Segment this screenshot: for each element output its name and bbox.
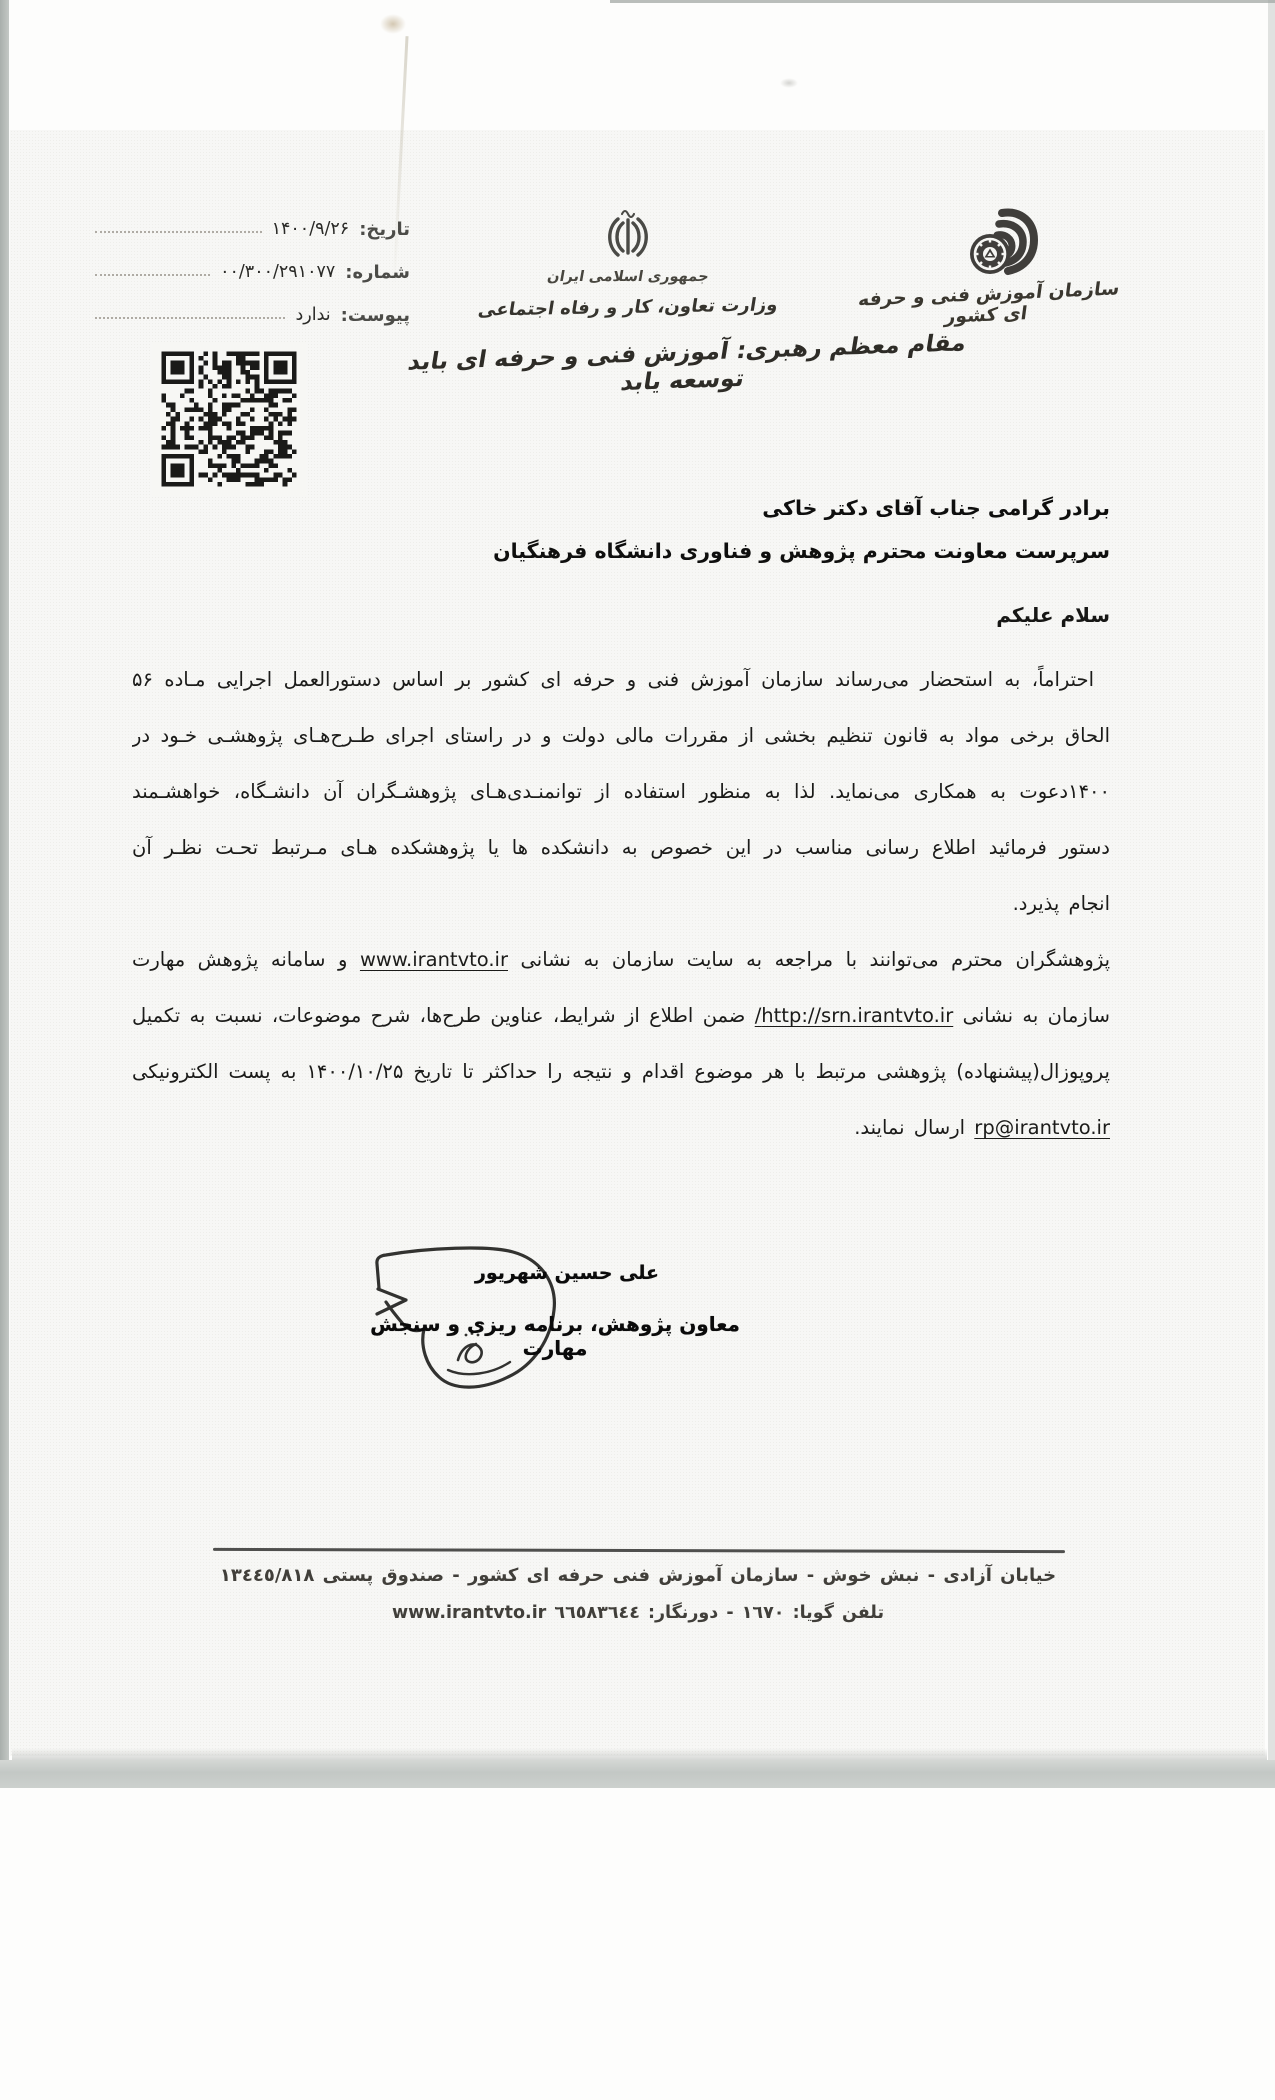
meta-row-number: شماره: ۰۰/۳۰۰/۲۹۱۰۷۷	[95, 257, 410, 287]
body-line: الحاق برخی مواد به قانون تنظیم بخشی از م…	[132, 708, 1110, 764]
scan-edge-right	[1268, 0, 1275, 1760]
iran-national-emblem-icon	[596, 203, 660, 269]
number-value: ۰۰/۳۰۰/۲۹۱۰۷۷	[220, 262, 335, 282]
salutation: سلام علیکم	[165, 603, 1110, 627]
tvto-gear-logo-icon	[966, 205, 1046, 283]
scanner-background-band	[0, 1760, 1275, 1788]
org-website-url: www.irantvto.ir	[360, 948, 508, 971]
date-value: ۱۴۰۰/۹/۲۶	[272, 219, 350, 239]
footer-address: خیابان آزادی - نبش خوش - سازمان آموزش فن…	[168, 1565, 1108, 1586]
letter-meta-block: تاریخ: ۱۴۰۰/۹/۲۶ شماره: ۰۰/۳۰۰/۲۹۱۰۷۷ پی…	[95, 214, 410, 343]
body-text: پژوهشگران محترم می‌توانند با مراجعه به س…	[508, 948, 1110, 971]
signer-name: علی حسین شهریور	[472, 1262, 662, 1284]
attachment-label: پیوست:	[341, 305, 410, 326]
scan-smudge	[380, 14, 406, 34]
body-line: سازمان به نشانی http://srn.irantvto.ir/ …	[132, 988, 1110, 1044]
dotted-leader	[95, 231, 262, 233]
qr-code	[152, 342, 306, 496]
body-text: ضمن اطلاع از شرایط، عناوین طرح‌ها، شرح م…	[132, 1004, 755, 1027]
attachment-value: ندارد	[295, 305, 330, 325]
body-text: ارسال نمایند.	[854, 1116, 974, 1139]
recipient-line2: سرپرست معاونت محترم پژوهش و فناوری دانشگ…	[165, 530, 1110, 573]
dotted-leader	[95, 317, 285, 319]
srn-portal-url: http://srn.irantvto.ir/	[755, 1004, 954, 1027]
dotted-leader	[95, 274, 210, 276]
body-line: دستور فرمائید اطلاع رسانی مناسب در این خ…	[132, 820, 1110, 876]
scan-smudge	[780, 78, 798, 88]
body-line: پروپوزال(پیشنهاده) پژوهشی مرتبط با هر مو…	[132, 1044, 1110, 1100]
number-label: شماره:	[345, 262, 410, 283]
body-line: انجام پذیرد.	[132, 876, 1110, 932]
contact-email: rp@irantvto.ir	[974, 1116, 1110, 1139]
scan-edge-top	[610, 0, 1275, 3]
body-text: و سامانه پژوهش مهارت	[132, 948, 360, 971]
qr-code-container	[152, 342, 306, 496]
recipient-line1: برادر گرامی جناب آقای دکتر خاکی	[165, 487, 1110, 530]
recipient-block: برادر گرامی جناب آقای دکتر خاکی سرپرست م…	[165, 487, 1110, 573]
meta-row-date: تاریخ: ۱۴۰۰/۹/۲۶	[95, 214, 410, 244]
republic-title: جمهوری اسلامی ایران	[517, 269, 740, 285]
signer-title: معاون پژوهش، برنامه ریزی و سنجش مهارت	[355, 1312, 755, 1360]
body-text: سازمان به نشانی	[953, 1004, 1110, 1027]
meta-row-attachment: پیوست: ندارد	[95, 300, 410, 330]
body-line: پژوهشگران محترم می‌توانند با مراجعه به س…	[132, 932, 1110, 988]
page-bottom-shadow	[12, 1748, 1267, 1760]
footer-contact: تلفن گویا: ١٦٧٠ - دورنگار: ٦٦٥٨٣٦٤٤ www.…	[168, 1603, 1108, 1623]
body-line: احتراماً، به استحضار می‌رساند سازمان آمو…	[132, 652, 1110, 708]
scan-edge-left	[0, 0, 9, 1788]
body-line: rp@irantvto.ir ارسال نمایند.	[132, 1100, 1110, 1156]
body-line: ۱۴۰۰دعوت به همکاری می‌نماید. لذا به منظو…	[132, 764, 1110, 820]
letter-body: احتراماً، به استحضار می‌رساند سازمان آمو…	[132, 652, 1110, 1156]
date-label: تاریخ:	[359, 219, 410, 240]
scanned-letter-page: تاریخ: ۱۴۰۰/۹/۲۶ شماره: ۰۰/۳۰۰/۲۹۱۰۷۷ پی…	[0, 0, 1275, 2100]
